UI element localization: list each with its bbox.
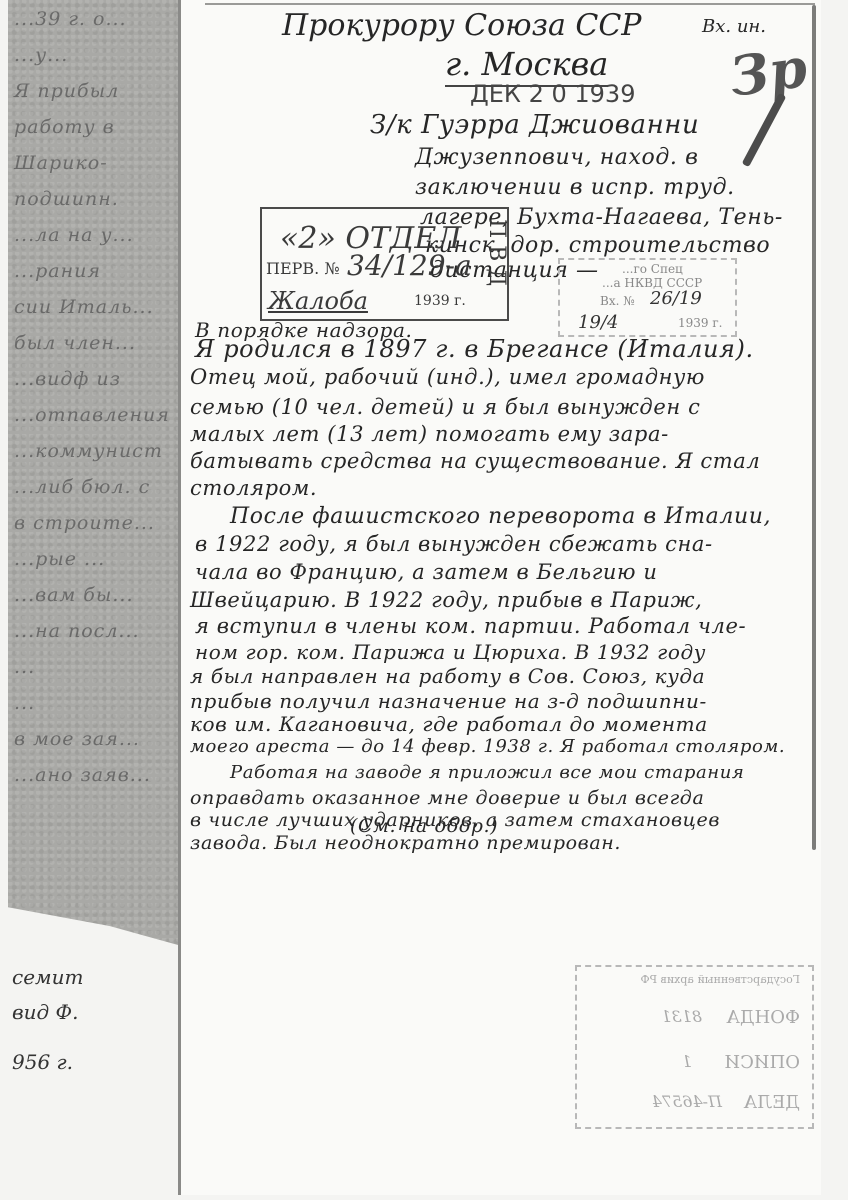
- body-line: Швейцарию. В 1922 году, прибыв в Париж,: [190, 588, 702, 612]
- nkvd-line1: ...го Спец: [622, 262, 683, 276]
- underlay-line: в мое зая...: [14, 728, 140, 750]
- incoming-mark: Вх. ин.: [702, 16, 766, 37]
- underlay-line: Шарико-: [14, 152, 108, 174]
- nkvd-date: 19/4: [578, 312, 618, 333]
- body-line: После фашистского переворота в Италии,: [230, 504, 771, 529]
- stamp-type: Жалоба: [268, 287, 368, 315]
- body-line: батывать средства на существование. Я ст…: [190, 449, 760, 473]
- nkvd-number-label: Вх. №: [600, 294, 635, 308]
- archive-opis-label: ОПИСИ: [724, 1052, 800, 1073]
- underlay-line: ...видф из: [14, 368, 121, 390]
- margin-note: 956 г.: [12, 1050, 73, 1074]
- sender-line: З/к Гуэрра Джиованни: [370, 110, 699, 140]
- nkvd-stamp: ...го Спец ...а НКВД СССР Вх. № 26/19 19…: [558, 258, 737, 337]
- underlying-sheet: [8, 0, 178, 945]
- archive-stamp-header: Государственный архив РФ: [641, 973, 800, 986]
- nkvd-number: 26/19: [650, 288, 702, 309]
- archive-delo-label: ДЕЛА: [744, 1092, 800, 1113]
- archive-delo: П-46574: [652, 1092, 722, 1111]
- body-line: я был направлен на работу в Сов. Союз, к…: [190, 664, 705, 688]
- stamp-side-letters: П В Д: [484, 219, 509, 286]
- sender-line: Джузеппович, наход. в: [415, 145, 699, 170]
- body-line: Работая на заводе я приложил все мои ста…: [230, 762, 744, 783]
- underlay-line: ...коммунист: [14, 440, 163, 462]
- body-line: в 1922 году, я был вынужден сбежать сна-: [195, 532, 713, 556]
- underlay-line: ...: [14, 656, 35, 678]
- stamp-year: 1939 г.: [414, 293, 466, 309]
- underlay-line: ...отпавления: [14, 404, 170, 426]
- addressee: Прокурору Союза ССР: [282, 8, 641, 43]
- body-line: ков им. Кагановича, где работал до момен…: [190, 712, 708, 736]
- body-line: ном гор. ком. Парижа и Цюриха. В 1932 го…: [195, 640, 706, 664]
- underlay-line: ...ано заяв...: [14, 764, 151, 786]
- body-line: малых лет (13 лет) помогать ему зара-: [190, 422, 669, 446]
- margin-note: вид Ф.: [12, 1000, 79, 1024]
- underlay-line: ...ла на у...: [14, 224, 134, 246]
- nkvd-year: 1939 г.: [678, 316, 722, 330]
- resolution-mark: Зр: [726, 35, 811, 109]
- underlay-line: ...рые ...: [14, 548, 105, 570]
- underlay-line: подшипн.: [14, 188, 119, 210]
- registration-stamp: «2» ОТДЕЛ ПЕРВ. № 34/129-а Жалоба 1939 г…: [260, 207, 509, 321]
- page-right-edge: [812, 5, 816, 850]
- underlay-line: был член...: [14, 332, 136, 354]
- sender-line: заключении в испр. труд.: [415, 175, 735, 200]
- underlay-line: ...либ бюл. с: [14, 476, 150, 498]
- body-line: семью (10 чел. детей) и я был вынужден с: [190, 395, 700, 419]
- body-line: я вступил в члены ком. партии. Работал ч…: [195, 614, 746, 638]
- archive-fond: 8131: [661, 1007, 702, 1026]
- underlay-line: работу в: [14, 116, 115, 138]
- body-line: столяром.: [190, 476, 317, 500]
- body-line: прибыв получил назначение на з-д подшипн…: [190, 689, 707, 713]
- body-line: Я родился в 1897 г. в Брегансе (Италия).: [195, 335, 754, 363]
- underlay-line: сии Италь...: [14, 296, 154, 318]
- archive-opis: 1: [682, 1052, 692, 1071]
- underlay-line: ...39 г. о...: [14, 8, 127, 30]
- continuation-note: (См. на обор.): [350, 815, 498, 837]
- underlay-line: Я прибыл: [14, 80, 119, 102]
- underlay-line: ...у...: [14, 44, 68, 66]
- underlay-line: в строите...: [14, 512, 155, 534]
- body-line: чала во Францию, а затем в Бельгию и: [195, 560, 658, 584]
- underlay-line: ...: [14, 692, 35, 714]
- margin-note: семит: [12, 965, 83, 989]
- underlay-line: ...на посл...: [14, 620, 140, 642]
- stamp-number: 34/129-а: [347, 249, 472, 282]
- body-line: моего ареста — до 14 февр. 1938 г. Я раб…: [190, 736, 785, 757]
- stamp-perv-label: ПЕРВ. №: [266, 259, 339, 278]
- body-line: Отец мой, рабочий (инд.), имел громадную: [190, 365, 705, 389]
- page-top-edge: [205, 3, 815, 5]
- body-line: оправдать оказанное мне доверие и был вс…: [190, 787, 704, 809]
- underlay-line: ...рания: [14, 260, 101, 282]
- archive-fond-label: ФОНДА: [726, 1007, 800, 1028]
- underlay-line: ...вам бы...: [14, 584, 134, 606]
- archive-stamp: Государственный архив РФ ФОНДА 8131 ОПИС…: [575, 965, 814, 1129]
- date-stamp: ДЕК 2 0 1939: [470, 80, 635, 108]
